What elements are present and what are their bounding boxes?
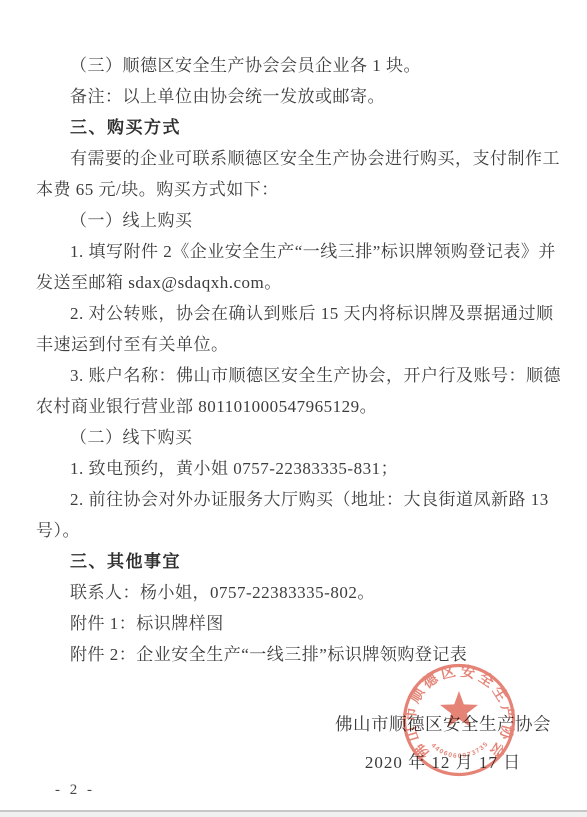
document-text-line: 农村商业银行营业部 801101000547965129。 — [36, 391, 557, 422]
document-text-line: 本费 65 元/块。购买方式如下： — [36, 174, 557, 205]
document-text-line: 联系人：杨小姐，0757-22383335-802。 — [36, 577, 557, 608]
page-number: - 2 - — [55, 782, 95, 799]
document-text-line: （一）线上购买 — [36, 205, 557, 236]
document-text-line: 3. 账户名称：佛山市顺德区安全生产协会，开户行及账号：顺德 — [36, 360, 557, 391]
document-text-line: 2. 对公转账，协会在确认到账后 15 天内将标识牌及票据通过顺 — [36, 298, 557, 329]
document-text-line: 附件 1：标识牌样图 — [36, 608, 557, 639]
seal-code-text: 4406060973735 — [430, 741, 490, 760]
document-text-line: 号）。 — [36, 515, 557, 546]
official-seal: 佛山市顺德区安全生产协会 4406060973735 — [394, 654, 524, 788]
document-text-line: 有需要的企业可联系顺德区安全生产协会进行购买，支付制作工 — [36, 143, 557, 174]
section-heading: 三、其他事宜 — [36, 546, 557, 577]
document-text-line: 丰速运到付至有关单位。 — [36, 329, 557, 360]
document-text-line: 备注：以上单位由协会统一发放或邮寄。 — [36, 81, 557, 112]
section-heading: 三、购买方式 — [36, 112, 557, 143]
seal-star-icon — [440, 691, 478, 727]
document-text-line: （二）线下购买 — [36, 422, 557, 453]
scanned-document-page: { "document": { "lines": [ { "style": "b… — [0, 0, 587, 817]
document-body: （三）顺德区安全生产协会会员企业各 1 块。备注：以上单位由协会统一发放或邮寄。… — [36, 50, 557, 670]
document-text-line: 1. 填写附件 2《企业安全生产“一线三排”标识牌领购登记表》并 — [36, 236, 557, 267]
document-text-line: 2. 前往协会对外办证服务大厅购买（地址：大良街道凤新路 13 — [36, 484, 557, 515]
document-text-line: 发送至邮箱 sdax@sdaqxh.com。 — [36, 267, 557, 298]
document-text-line: 1. 致电预约，黄小姐 0757-22383335-831； — [36, 453, 557, 484]
page-bottom-edge — [0, 810, 587, 817]
document-text-line: （三）顺德区安全生产协会会员企业各 1 块。 — [36, 50, 557, 81]
